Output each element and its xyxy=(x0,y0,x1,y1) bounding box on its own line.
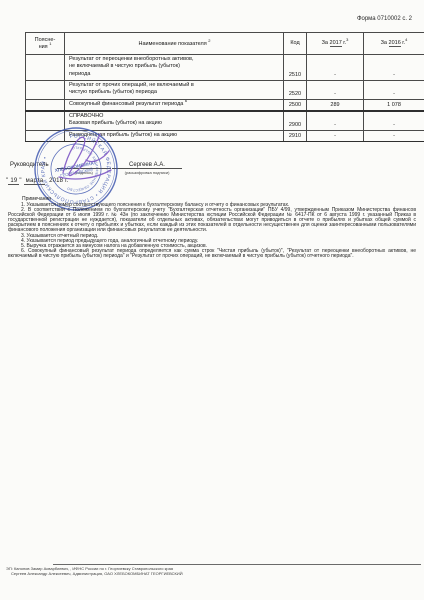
table-row: Результат от прочих операций, не включае… xyxy=(26,81,424,100)
cell-indicator-name: Результат от прочих операций, не включае… xyxy=(65,81,284,100)
scan-speck xyxy=(189,3,191,5)
signer-name: Сергеев А.А. xyxy=(112,162,182,168)
footer-esignature-line2: Сергеев Александр Алексеевич, Администра… xyxy=(11,571,183,576)
note-item: 2. В соответствии с Положением по бухгал… xyxy=(8,208,416,233)
table-row: Результат от переоценки внеоборотных акт… xyxy=(26,55,424,81)
cell-value-2016: - xyxy=(364,55,424,81)
header-explanations: Поясне- ния 1 xyxy=(26,33,65,55)
cell-value-2017: - xyxy=(307,81,364,100)
cell-code: 2500 xyxy=(284,100,307,112)
header-explanations-line1: Поясне- xyxy=(26,37,64,44)
header-code: Код xyxy=(284,33,307,55)
header-period-2016: За 2016 г.4 xyxy=(364,33,424,55)
header-indicator-name: Наименование показателя 2 xyxy=(65,33,284,55)
scanned-financial-report-page: { "page": { "form_label": "Форма 0710002… xyxy=(0,0,424,600)
cell-code: 2510 xyxy=(284,55,307,81)
cell-value-2016: - xyxy=(364,131,424,142)
cell-value-2017: - xyxy=(307,131,364,142)
notes-block: 1. Указывается номер соответствующего по… xyxy=(8,203,416,259)
cell-code: 2520 xyxy=(284,81,307,100)
cell-code: 2910 xyxy=(284,131,307,142)
table-header-row: Поясне- ния 1 Наименование показателя 2 … xyxy=(26,33,424,55)
cell-value-2017: - xyxy=(307,55,364,81)
cell-explanation xyxy=(26,55,65,81)
cell-value-2016: - xyxy=(364,81,424,100)
cell-value-2017: 289 xyxy=(307,100,364,112)
note-item: 6. Совокупный финансовый результат перио… xyxy=(8,249,416,259)
cell-indicator-name: Результат от переоценки внеоборотных акт… xyxy=(65,55,284,81)
table-row-total: Совокупный финансовый результат периода … xyxy=(26,100,424,112)
form-number-label: Форма 0710002 с. 2 xyxy=(357,16,412,22)
cell-value-2016: 1 078 xyxy=(364,100,424,112)
handwritten-signature xyxy=(53,129,117,183)
cell-value-2016: - xyxy=(364,111,424,131)
header-explanations-line2: ния 1 xyxy=(26,44,64,51)
cell-indicator-name: Совокупный финансовый результат периода … xyxy=(65,100,284,112)
cell-explanation xyxy=(26,81,65,100)
date-day: 19 xyxy=(8,178,19,185)
header-period-2017: За 2017 г.3 xyxy=(307,33,364,55)
cell-explanation xyxy=(26,100,65,112)
scan-speck xyxy=(75,9,80,11)
cell-code: 2900 xyxy=(284,111,307,131)
cell-value-2017: - xyxy=(307,111,364,131)
